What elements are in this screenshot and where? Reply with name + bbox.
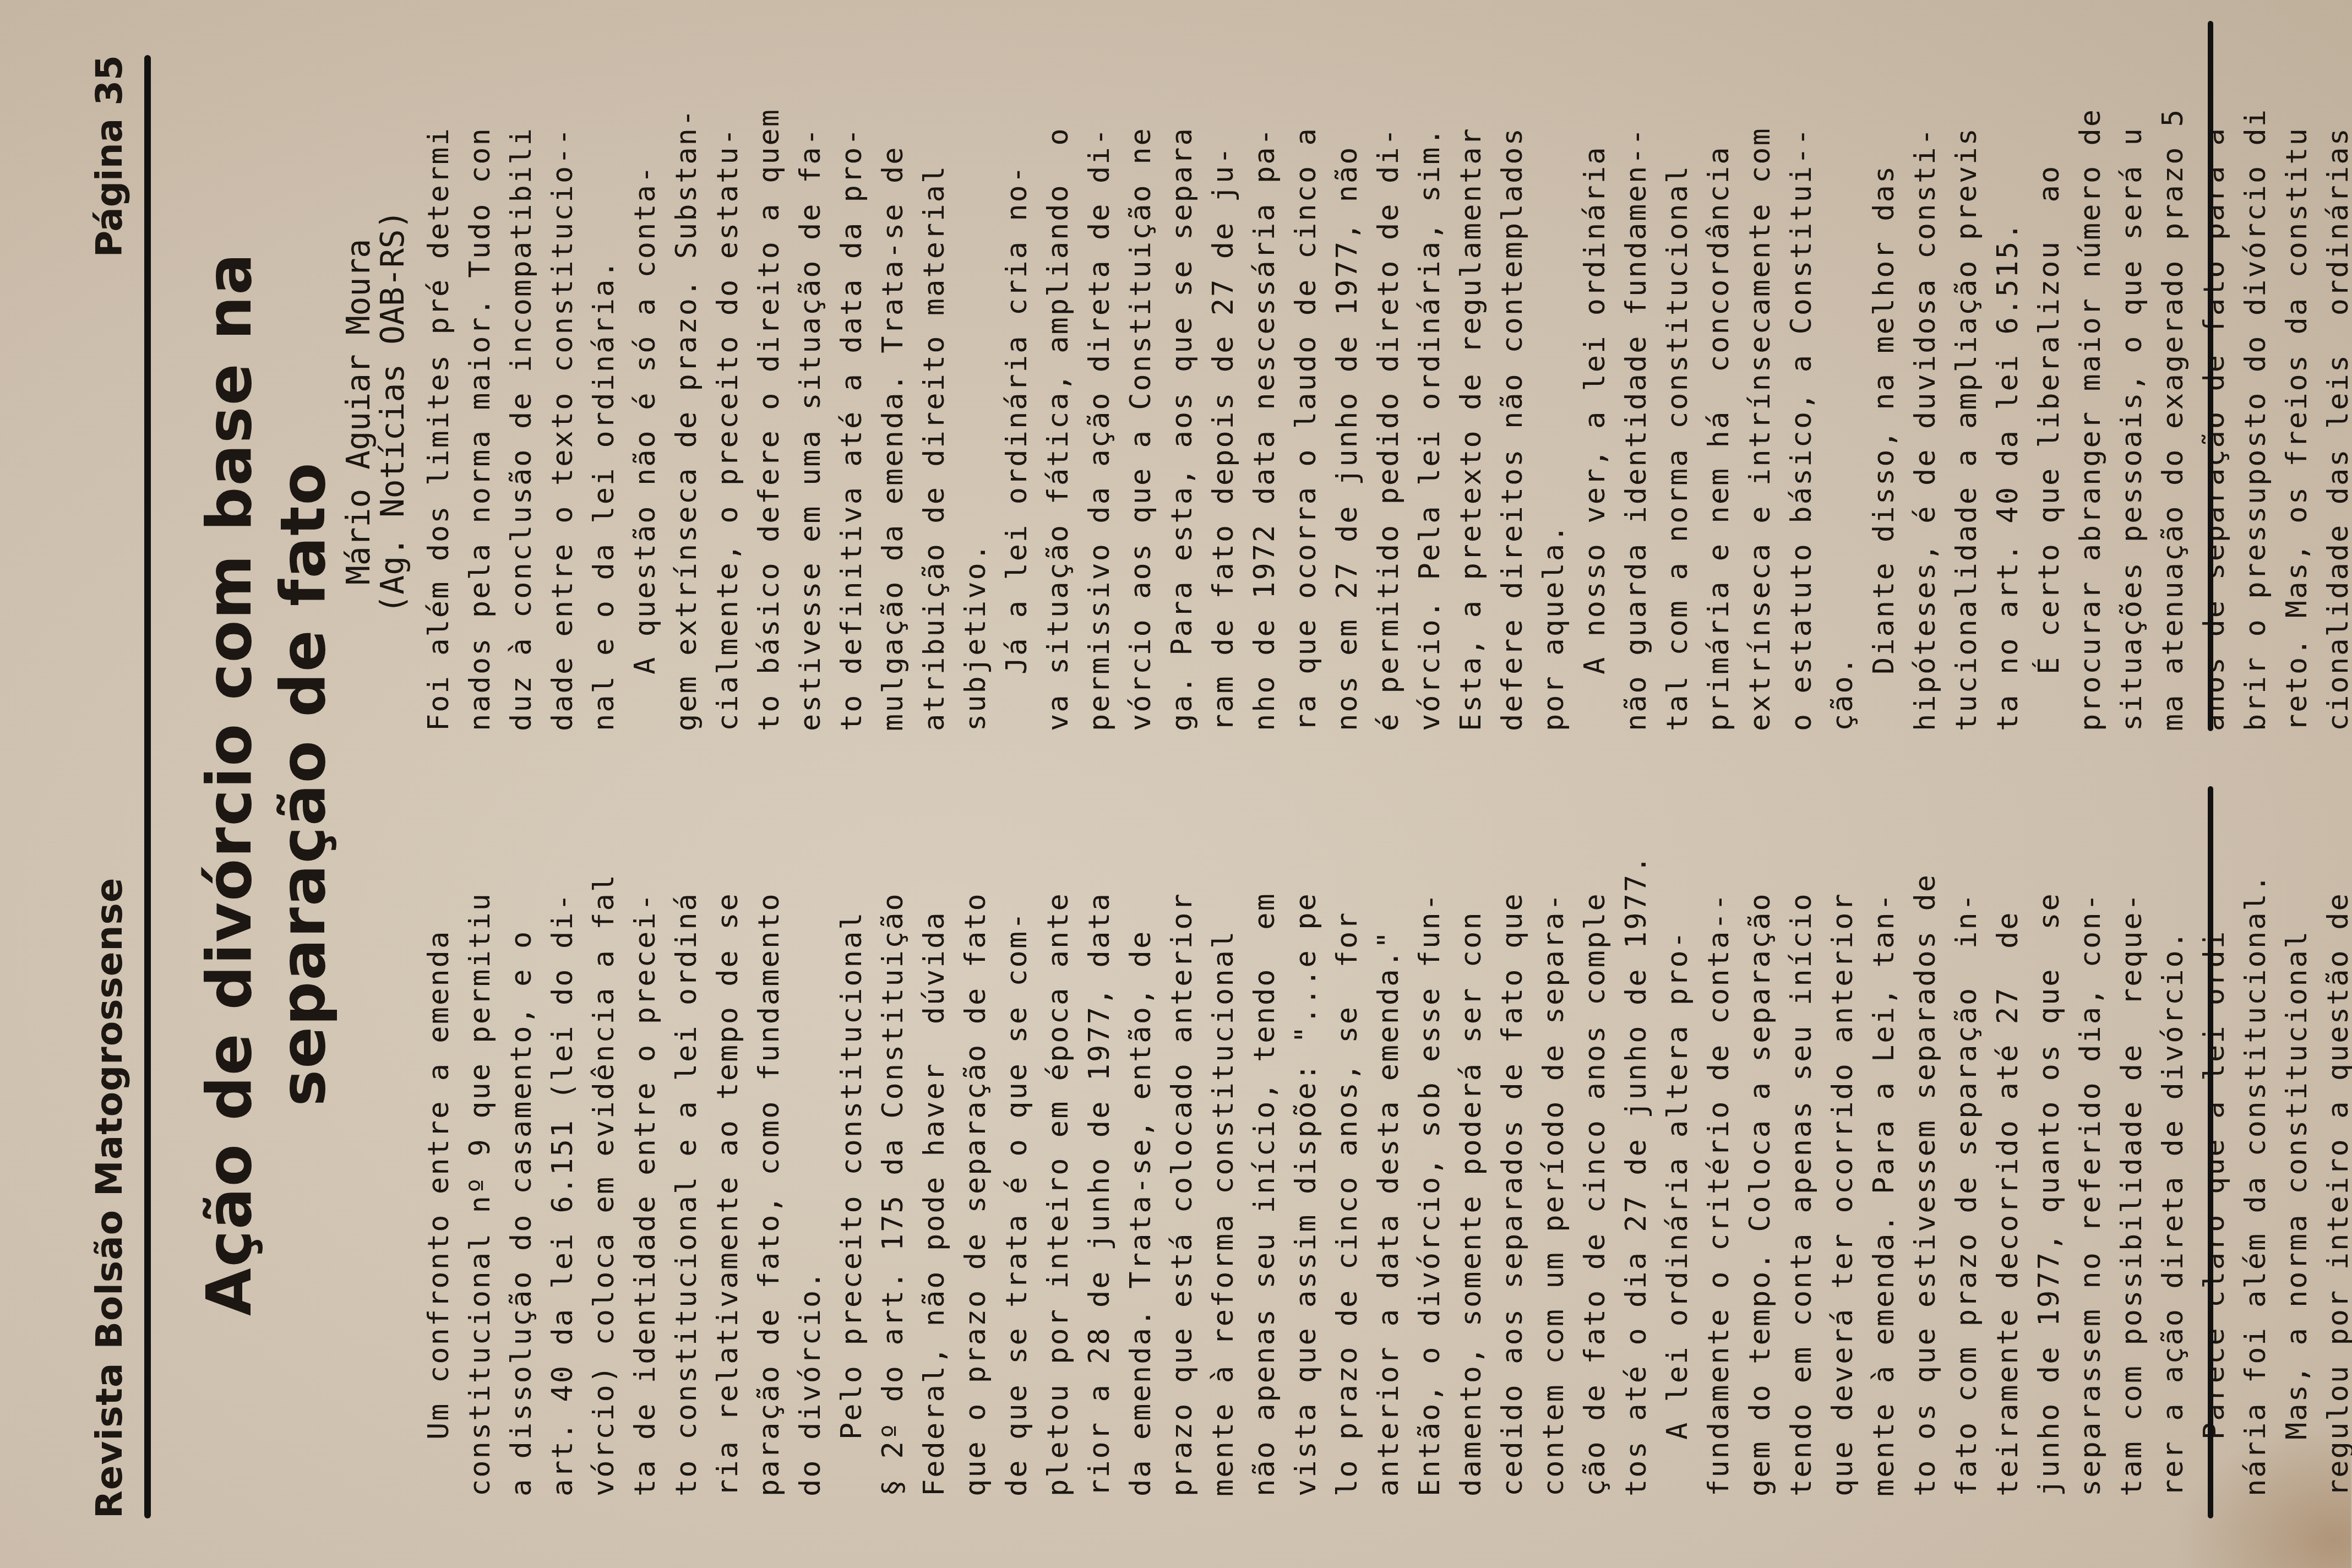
text-line: mente à reforma constitucional <box>1203 781 1244 1496</box>
text-line: constitucional nº 9 que permitiu <box>460 781 501 1496</box>
text-line: primária e nem há concordância <box>1698 15 1740 731</box>
byline: Mário Aguiar Moura (Ag. Notícias OAB-RS) <box>341 81 410 742</box>
text-line: ção de fato de cinco anos comple <box>1575 781 1616 1496</box>
text-line: Mas, a norma constitucional <box>2277 781 2318 1496</box>
text-line: vista que assim dispõe: "...e pe <box>1286 781 1327 1496</box>
text-line: teiramente decorrido até 27 de <box>1988 781 2029 1496</box>
text-line: damento, somente poderá ser con <box>1451 781 1492 1496</box>
text-line: permissivo da ação direta de di- <box>1079 15 1120 731</box>
text-line: Esta, a pretexto de regulamentar <box>1451 15 1492 731</box>
text-line: fato com prazo de separação in- <box>1946 781 1988 1496</box>
page-number: Página 35 <box>88 55 130 257</box>
text-line: Federal, não pode haver dúvida <box>914 781 955 1496</box>
text-line: tam com possibilidade de reque- <box>2111 781 2153 1496</box>
text-column-left: Um confronto entre a emendaconstituciona… <box>418 781 2352 1496</box>
footer-rule-left <box>2208 786 2213 1518</box>
text-line: to constitucional e a lei ordiná <box>666 781 707 1496</box>
text-line: dade entre o texto constitucio-- <box>542 15 584 731</box>
text-line: vórcio) coloca em evidência a fal <box>584 781 625 1496</box>
text-line: tucionalidade a ampliação previs <box>1946 15 1988 731</box>
text-line: que o prazo de separação de fato <box>955 781 997 1496</box>
text-line: separassem no referido dia, con- <box>2070 781 2111 1496</box>
text-line: regulou por inteiro a questão de <box>2318 781 2352 1496</box>
text-line: nados pela norma maior. Tudo con <box>460 15 501 731</box>
header-rule <box>144 55 151 1518</box>
author-name: Mário Aguiar Moura <box>341 81 375 742</box>
text-column-right: Foi além dos limites pré determinados pe… <box>418 15 2352 731</box>
author-source: (Ag. Notícias OAB-RS) <box>375 81 410 742</box>
text-line: defere direitos não contemplados <box>1492 15 1533 731</box>
text-line: de que se trata é o que se com- <box>997 781 1038 1496</box>
text-line: ra que ocorra o laudo de cinco a <box>1286 15 1327 731</box>
text-line: ma atenuação do exagerado prazo 5 <box>2153 15 2194 731</box>
text-line: nos em 27 de junho de 1977, não <box>1327 15 1368 731</box>
text-line: tendo em conta apenas seu início <box>1781 781 1822 1496</box>
text-line: cialmente, o preceito do estatu- <box>707 15 749 731</box>
text-line: brir o pressuposto do divórcio di <box>2235 15 2277 731</box>
text-line: nho de 1972 data nescessária pa- <box>1244 15 1286 731</box>
text-line: ta no art. 40 da lei 6.515. <box>1988 15 2029 731</box>
text-line: § 2º do art. 175 da Constituição <box>873 781 914 1496</box>
text-line: Então, o divórcio, sob esse fun- <box>1409 781 1451 1496</box>
text-line: gem do tempo. Coloca a separação <box>1740 781 1781 1496</box>
text-line: estivesse em uma situação de fa- <box>790 15 831 731</box>
text-line: situações pessoais, o que será u <box>2111 15 2153 731</box>
text-line: Foi além dos limites pré determi <box>418 15 460 731</box>
text-line: mente à emenda. Para a Lei, tan- <box>1864 781 1905 1496</box>
text-line: paração de fato, como fundamento <box>749 781 790 1496</box>
text-line: hipóteses, é de duvidosa consti- <box>1905 15 1946 731</box>
text-line: A lei ordinária altera pro- <box>1657 781 1698 1496</box>
text-line: não apenas seu início, tendo em <box>1244 781 1286 1496</box>
text-line: prazo que está colocado anterior <box>1162 781 1203 1496</box>
text-line: pletou por inteiro em época ante <box>1038 781 1079 1496</box>
text-line: lo prazo de cinco anos, se for <box>1327 781 1368 1496</box>
text-line: é permitido pedido direto de di- <box>1368 15 1409 731</box>
text-line: anterior a data desta emenda." <box>1368 781 1409 1496</box>
text-line: da emenda. Trata-se, então, de <box>1120 781 1162 1496</box>
text-line: que deverá ter ocorrido anterior <box>1822 781 1864 1496</box>
text-line: mulgação da emenda. Trata-se de <box>873 15 914 731</box>
text-line: vórcio. Pela lei ordinária, sim. <box>1409 15 1451 731</box>
text-line: duz à conclusão de incompatibili <box>501 15 542 731</box>
text-line: nária foi além da constitucional. <box>2235 781 2277 1496</box>
magazine-page: Revista Bolsão Matogrossense Página 35 A… <box>0 0 2352 1568</box>
text-line: va situação fática, ampliando o <box>1038 15 1079 731</box>
text-line: tal com a norma constitucional <box>1657 15 1698 731</box>
text-line: ria relativamente ao tempo de se <box>707 781 749 1496</box>
text-line: to os que estivessem separados de <box>1905 781 1946 1496</box>
text-line: Parece claro que a lei ordi <box>2194 781 2235 1496</box>
text-line: A nosso ver, a lei ordinária <box>1575 15 1616 731</box>
text-line: subjetivo. <box>955 15 997 731</box>
text-line: atribuição de direito material <box>914 15 955 731</box>
text-line: do divórcio. <box>790 781 831 1496</box>
text-line: ram de fato depois de 27 de ju- <box>1203 15 1244 731</box>
text-line: to definitiva até a data da pro- <box>831 15 873 731</box>
title-line-2: separação de fato <box>266 77 340 1491</box>
text-line: Diante disso, na melhor das <box>1864 15 1905 731</box>
text-line: vórcio aos que a Constituição ne <box>1120 15 1162 731</box>
text-line: nal e o da lei ordinária. <box>584 15 625 731</box>
title-line-1: Ação de divórcio com base na <box>193 77 266 1491</box>
text-line: a dissolução do casamento, e o <box>501 781 542 1496</box>
text-line: o estatuto básico, a Constitui-- <box>1781 15 1822 731</box>
text-line: Um confronto entre a emenda <box>418 781 460 1496</box>
text-line: reto. Mas, os freios da constitu <box>2277 15 2318 731</box>
page-header: Revista Bolsão Matogrossense Página 35 <box>22 55 154 1518</box>
text-line: tos até o dia 27 de junho de 1977. <box>1616 781 1657 1496</box>
text-line: por aquela. <box>1533 15 1575 731</box>
text-line: art. 40 da lei 6.151 (lei do di- <box>542 781 584 1496</box>
text-line: ga. Para esta, aos que se separa <box>1162 15 1203 731</box>
text-line: não guarda identidade fundamen-- <box>1616 15 1657 731</box>
text-line: Já a lei ordinária cria no- <box>997 15 1038 731</box>
text-line: contem com um período de separa- <box>1533 781 1575 1496</box>
text-line: rior a 28 de junho de 1977, data <box>1079 781 1120 1496</box>
text-line: to básico defere o direito a quem <box>749 15 790 731</box>
text-line: Pelo preceito constitucional <box>831 781 873 1496</box>
text-line: procurar abranger maior número de <box>2070 15 2111 731</box>
text-line: A questão não é só a conta- <box>625 15 666 731</box>
publication-name: Revista Bolsão Matogrossense <box>88 877 130 1518</box>
text-line: junho de 1977, quanto os que se <box>2029 781 2070 1496</box>
text-line: gem extrínseca de prazo. Substan- <box>666 15 707 731</box>
article-title: Ação de divórcio com base na separação d… <box>193 77 340 1491</box>
footer-rule-right <box>2208 21 2213 731</box>
text-line: cionalidade das leis ordinárias <box>2318 15 2352 731</box>
text-line: ta de identidade entre o precei- <box>625 781 666 1496</box>
text-line: extrínseca e intrínsecamente com <box>1740 15 1781 731</box>
text-line: anos de separação de fato para a <box>2194 15 2235 731</box>
text-line: ção. <box>1822 15 1864 731</box>
text-line: rer a ação direta de divórcio. <box>2153 781 2194 1496</box>
text-line: cedido aos separados de fato que <box>1492 781 1533 1496</box>
text-line: fundamente o critério de conta-- <box>1698 781 1740 1496</box>
text-line: É certo que liberalizou ao <box>2029 15 2070 731</box>
